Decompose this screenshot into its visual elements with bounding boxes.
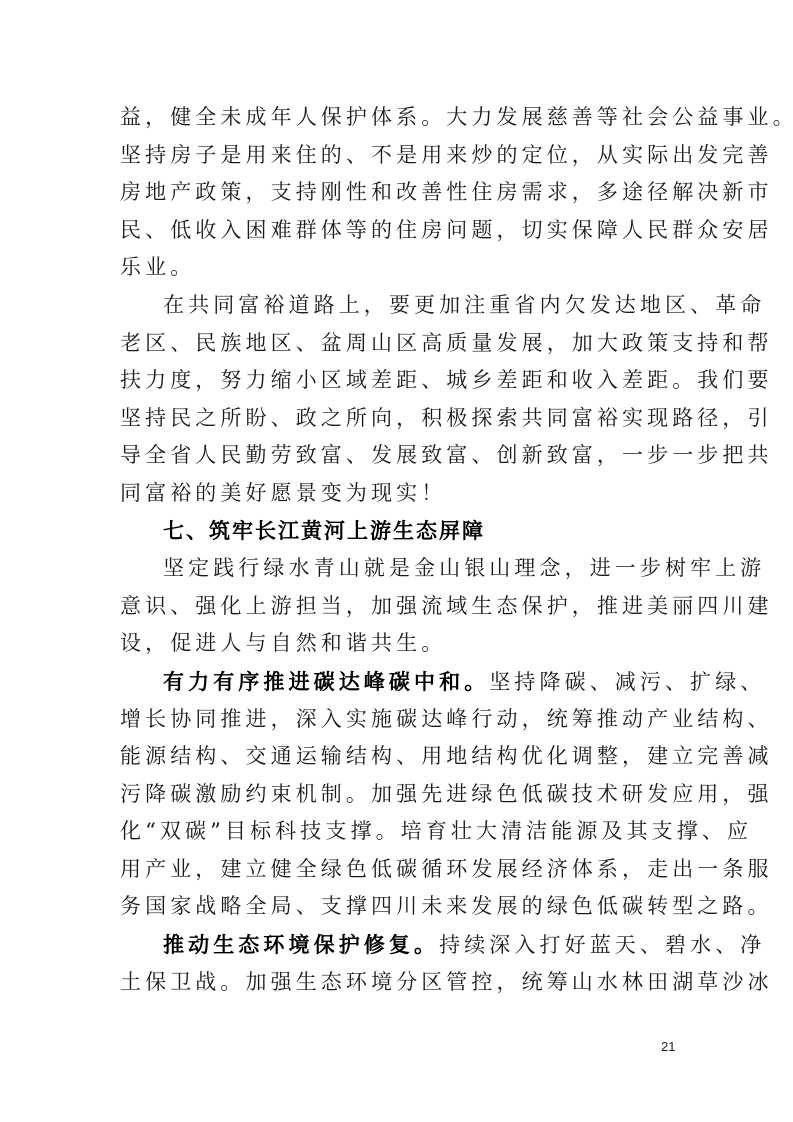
text-line: 设，促进人与自然和谐共生。 [120, 625, 680, 663]
text-line: 有力有序推进碳达峰碳中和。坚持降碳、减污、扩绿、 [120, 663, 680, 701]
text-line: 增长协同推进，深入实施碳达峰行动，统筹推动产业结构、 [120, 701, 680, 739]
paragraph-carbon-peak: 有力有序推进碳达峰碳中和。坚持降碳、减污、扩绿、 增长协同推进，深入实施碳达峰行… [120, 663, 680, 926]
text-line: 导全省人民勤劳致富、发展致富、创新致富，一步一步把共 [120, 437, 680, 475]
paragraph-housing: 益，健全未成年人保护体系。大力发展慈善等社会公益事业。 坚持房子是用来住的、不是… [120, 99, 680, 287]
paragraph-section-intro: 坚定践行绿水青山就是金山银山理念，进一步树牢上游 意识、强化上游担当，加强流域生… [120, 550, 680, 663]
paragraph-eco-protection: 推动生态环境保护修复。持续深入打好蓝天、碧水、净 土保卫战。加强生态环境分区管控… [120, 926, 680, 1001]
bold-lead-in: 推动生态环境保护修复。 [163, 932, 439, 957]
text-line: 污降碳激励约束机制。加强先进绿色低碳技术研发应用，强 [120, 776, 680, 814]
text-line: 扶力度，努力缩小区域差距、城乡差距和收入差距。我们要 [120, 362, 680, 400]
page-body: 益，健全未成年人保护体系。大力发展慈善等社会公益事业。 坚持房子是用来住的、不是… [120, 99, 680, 1001]
page-number: 21 [661, 1039, 675, 1054]
text-line: 坚持房子是用来住的、不是用来炒的定位，从实际出发完善 [120, 137, 680, 175]
text-line: 乐业。 [120, 249, 680, 287]
text-line: 房地产政策，支持刚性和改善性住房需求，多途径解决新市 [120, 174, 680, 212]
document-page: 益，健全未成年人保护体系。大力发展慈善等社会公益事业。 坚持房子是用来住的、不是… [0, 0, 793, 1122]
text-line: 民、低收入困难群体等的住房问题，切实保障人民群众安居 [120, 212, 680, 250]
text-line: 坚定践行绿水青山就是金山银山理念，进一步树牢上游 [120, 550, 680, 588]
section-heading: 七、筑牢长江黄河上游生态屏障 [120, 513, 680, 551]
text-line: 务国家战略全局、支撑四川未来发展的绿色低碳转型之路。 [120, 888, 680, 926]
text-line: 化“双碳”目标科技支撑。培育壮大清洁能源及其支撑、应 [120, 813, 680, 851]
text-line: 坚持民之所盼、政之所向，积极探索共同富裕实现路径，引 [120, 400, 680, 438]
lead-continuation: 持续深入打好蓝天、碧水、净 [439, 933, 765, 957]
text-line: 意识、强化上游担当，加强流域生态保护，推进美丽四川建 [120, 588, 680, 626]
text-line: 在共同富裕道路上，要更加注重省内欠发达地区、革命 [120, 287, 680, 325]
text-line: 老区、民族地区、盆周山区高质量发展，加大政策支持和帮 [120, 325, 680, 363]
paragraph-common-prosperity: 在共同富裕道路上，要更加注重省内欠发达地区、革命 老区、民族地区、盆周山区高质量… [120, 287, 680, 513]
lead-continuation: 坚持降碳、减污、扩绿、 [489, 670, 765, 694]
bold-lead-in: 有力有序推进碳达峰碳中和。 [163, 669, 489, 694]
text-line: 同富裕的美好愿景变为现实！ [120, 475, 680, 513]
text-line: 能源结构、交通运输结构、用地结构优化调整，建立完善减 [120, 738, 680, 776]
text-line: 益，健全未成年人保护体系。大力发展慈善等社会公益事业。 [120, 99, 680, 137]
text-line: 推动生态环境保护修复。持续深入打好蓝天、碧水、净 [120, 926, 680, 964]
text-line: 用产业，建立健全绿色低碳循环发展经济体系，走出一条服 [120, 851, 680, 889]
text-line: 土保卫战。加强生态环境分区管控，统筹山水林田湖草沙冰 [120, 964, 680, 1002]
